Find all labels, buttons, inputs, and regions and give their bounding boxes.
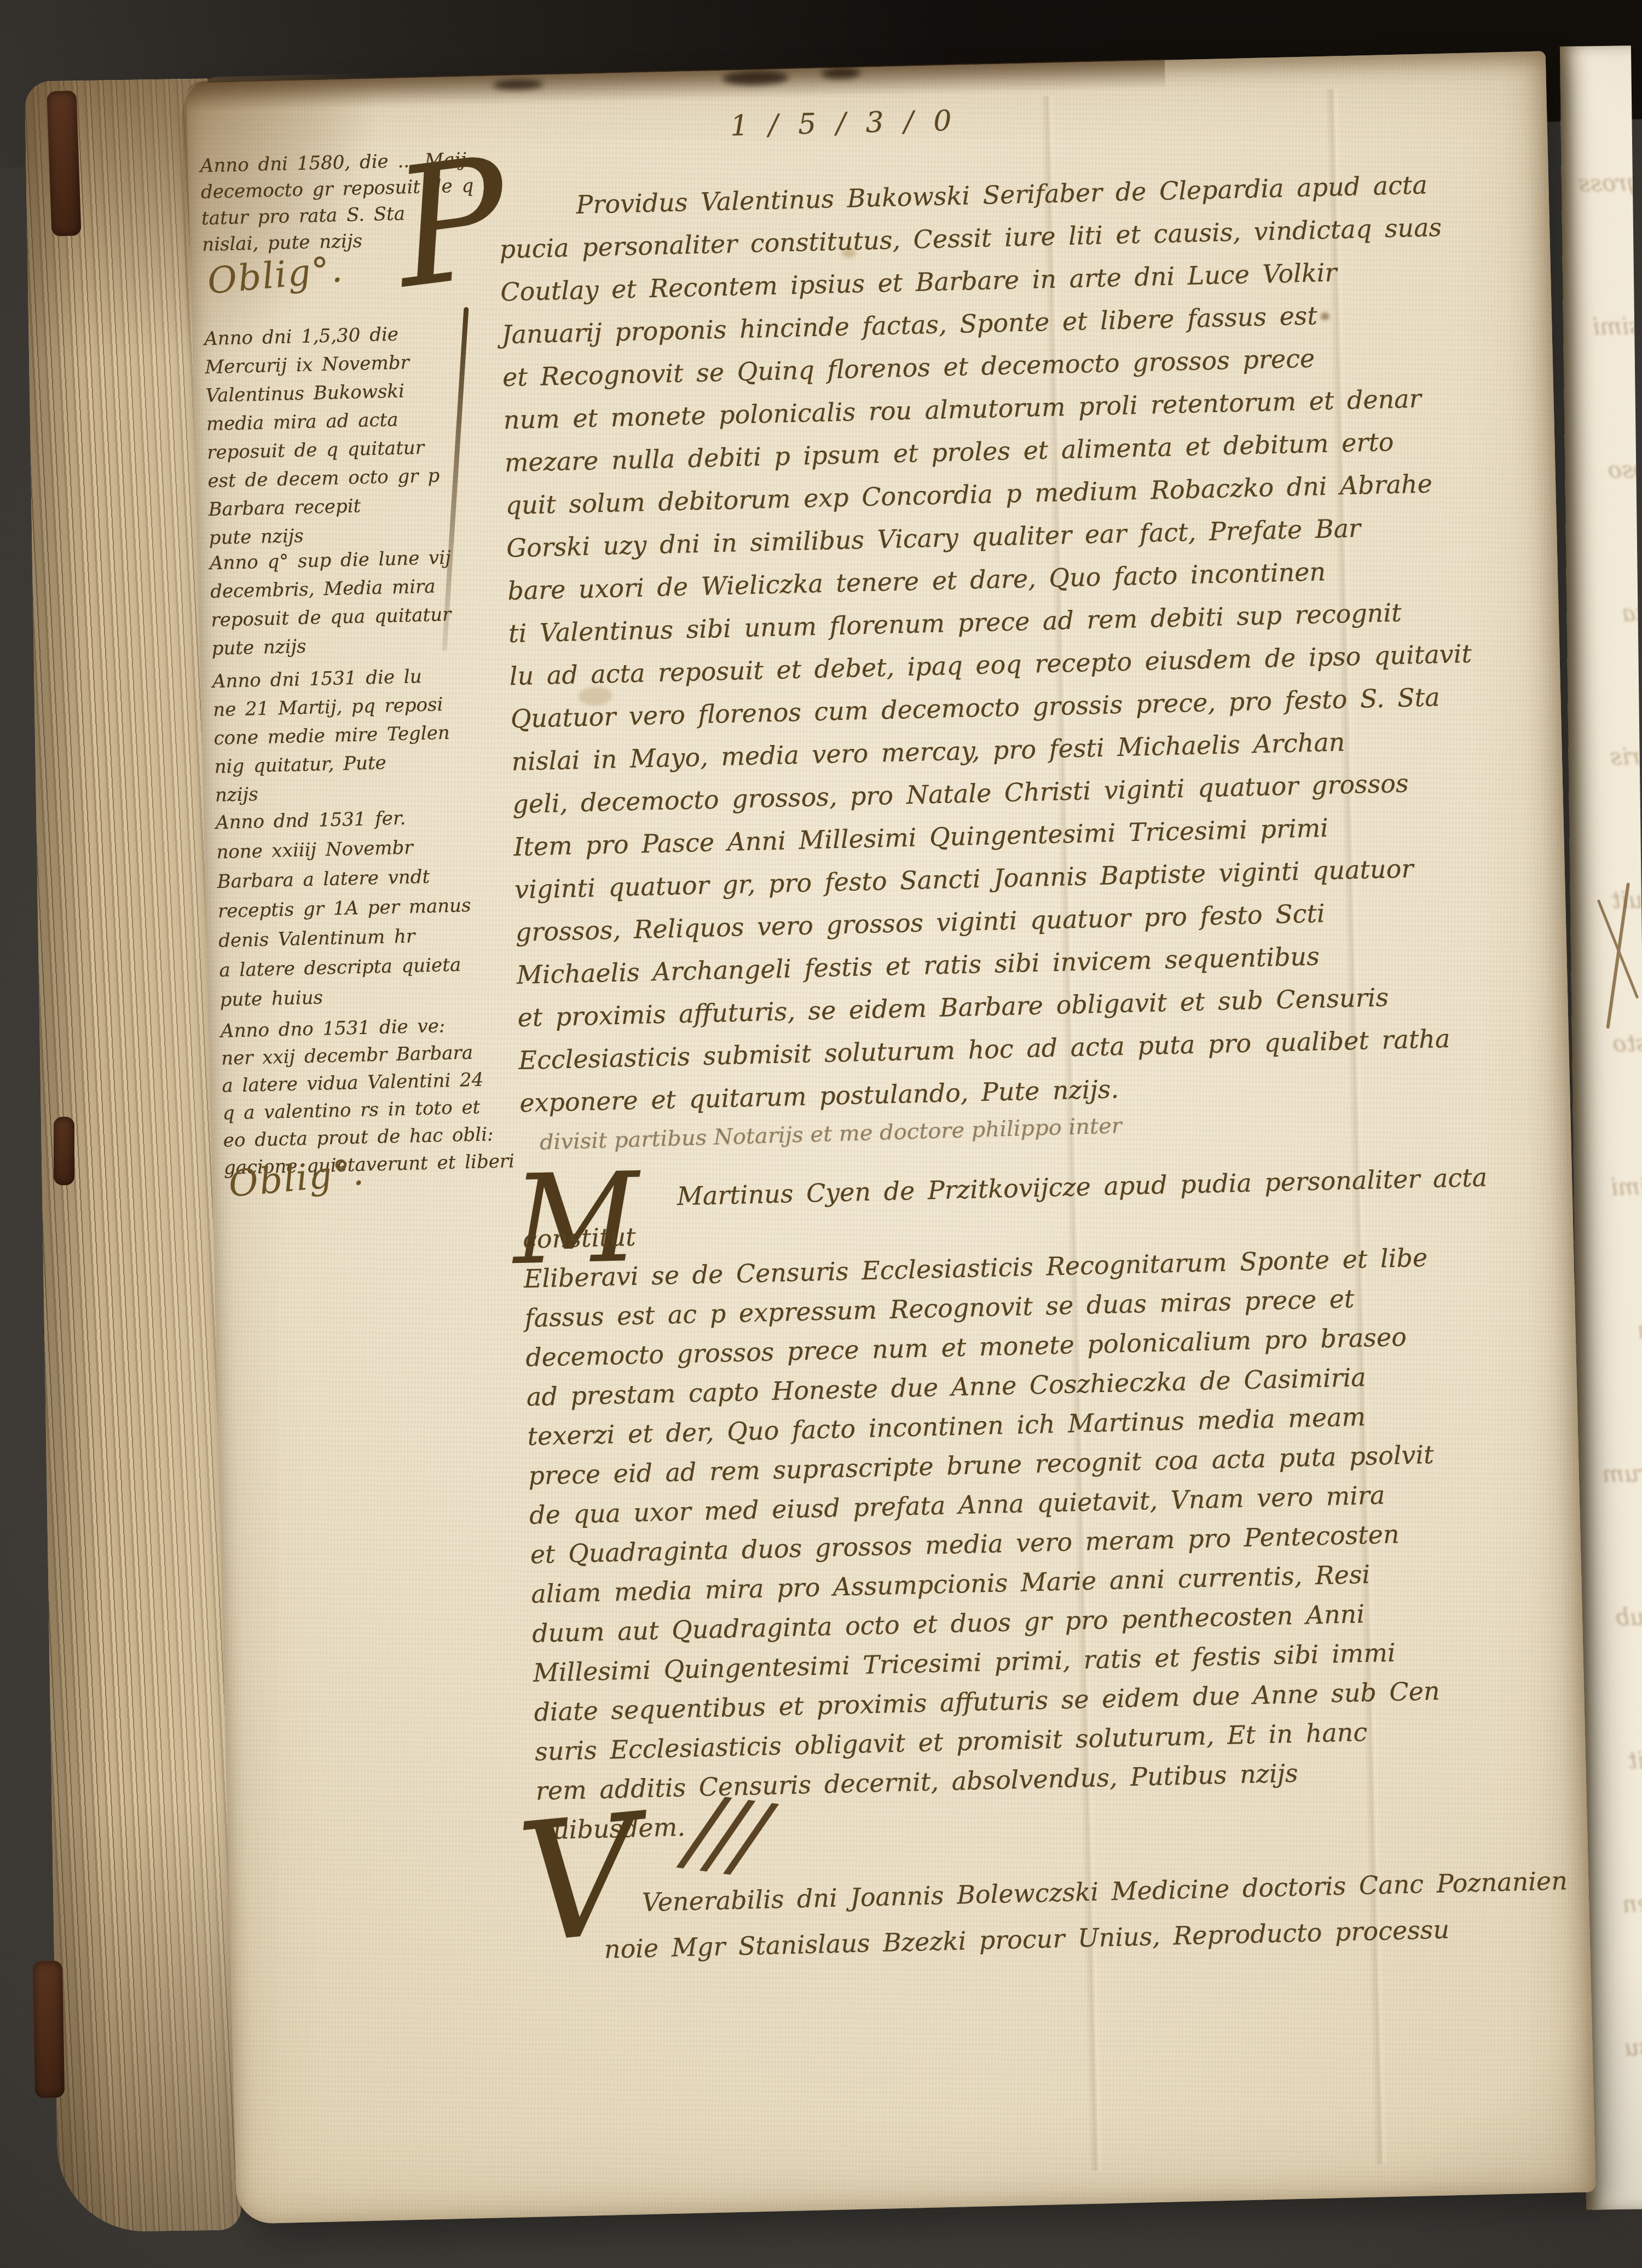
margin-note-1530-november: Anno dni 1,5,30 die Mercurij ix Novembr … [204, 318, 519, 552]
entry-text-martinus-cyen: Martinus Cyen de Przitkovijcze apud pudi… [522, 1155, 1601, 1850]
manuscript-page: 1 / 5 / 3 / 0 Anno dni 1580, die ... Mai… [186, 51, 1595, 2224]
margin-note-1531-november: Anno dnd 1531 fer. none xxiiij Novembr B… [215, 801, 530, 1015]
book-photograph: anno gross de Casimi mira pso Sch Sta Ce… [0, 0, 1642, 2268]
margin-note-december: Anno q° sup die lune vij decembris, Medi… [209, 542, 522, 663]
margin-note-1531-march: Anno dni 1531 die lu ne 21 Martij, pq re… [212, 660, 525, 810]
binding-leather-middle [54, 1117, 74, 1185]
binding-leather-top [47, 90, 81, 236]
pen-trial-strokes: /// [681, 1775, 766, 1892]
entry-initial-flourish-p: P [386, 135, 517, 312]
entry-text-valentinus-bukowski: Providus Valentinus Bukowski Serifaber d… [498, 160, 1585, 1124]
cross-out-mark [1594, 882, 1640, 1030]
folio-number: 1 / 5 / 3 / 0 [730, 105, 957, 143]
binding-leather-bottom [33, 1961, 65, 2098]
margin-note-1531-december: Anno dno 1531 die ve: ner xxij decembr B… [220, 1010, 534, 1181]
